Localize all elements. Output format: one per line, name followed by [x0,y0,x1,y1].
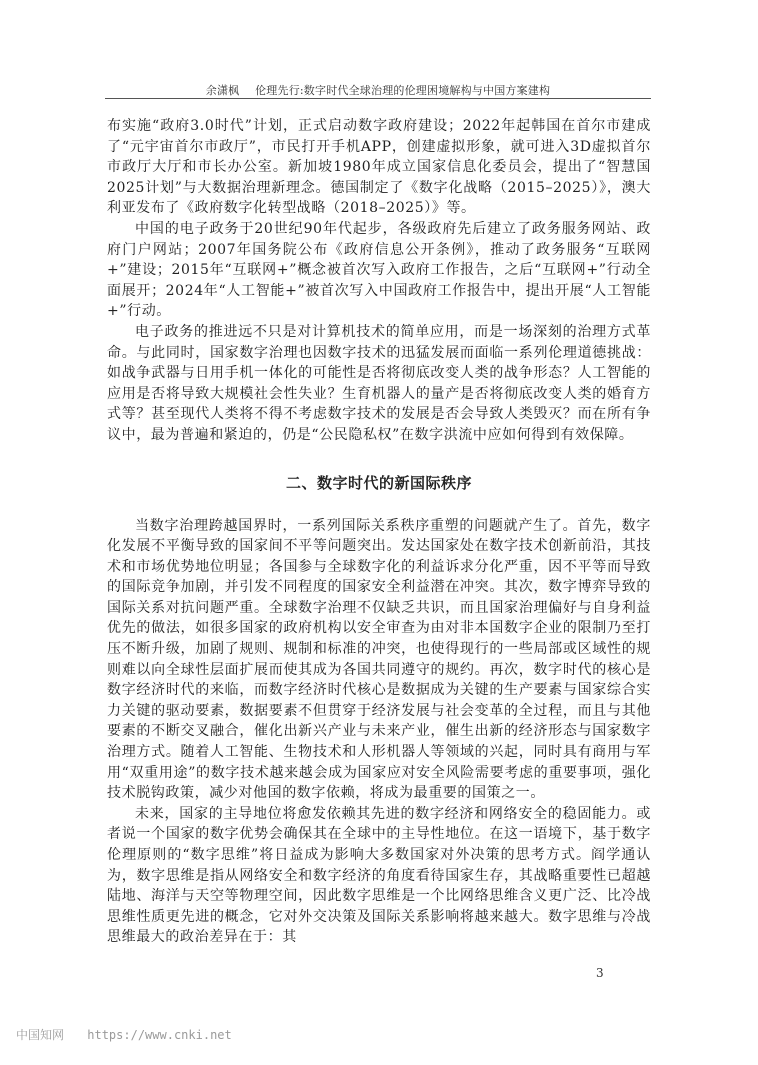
article-body: 布实施“政府3.0时代”计划，正式启动数字政府建设；2022年起韩国在首尔市建成… [107,116,651,948]
paragraph-international-order: 当数字治理跨越国界时，一系列国际关系秩序重塑的问题就产生了。首先，数字化发展不平… [107,516,651,804]
page-number: 3 [596,966,604,980]
watermark-url[interactable]: https://www.cnki.net [87,1028,232,1042]
running-header: 余潇枫 伦理先行:数字时代全球治理的伦理困境解构与中国方案建构 [105,82,651,98]
paragraph-ethics-challenges: 电子政务的推进远不只是对计算机技术的简单应用，而是一场深刻的治理方式革命。与此同… [107,322,651,446]
section-heading: 二、数字时代的新国际秩序 [107,472,651,494]
cnki-watermark: 中国知网 https://www.cnki.net [16,1026,232,1043]
paragraph-china-egov: 中国的电子政务于20世纪90年代起步，各级政府先后建立了政务服务网站、政府门户网… [107,219,651,322]
header-divider [105,98,651,99]
header-article-title: 伦理先行:数字时代全球治理的伦理困境解构与中国方案建构 [255,84,550,97]
header-author: 余潇枫 [206,84,240,97]
paragraph-digital-thinking: 未来，国家的主导地位将愈发依赖其先进的数字经济和网络安全的稳固能力。或者说一个国… [107,804,651,948]
watermark-site-name: 中国知网 [16,1028,64,1042]
paragraph-continued: 布实施“政府3.0时代”计划，正式启动数字政府建设；2022年起韩国在首尔市建成… [107,116,651,219]
